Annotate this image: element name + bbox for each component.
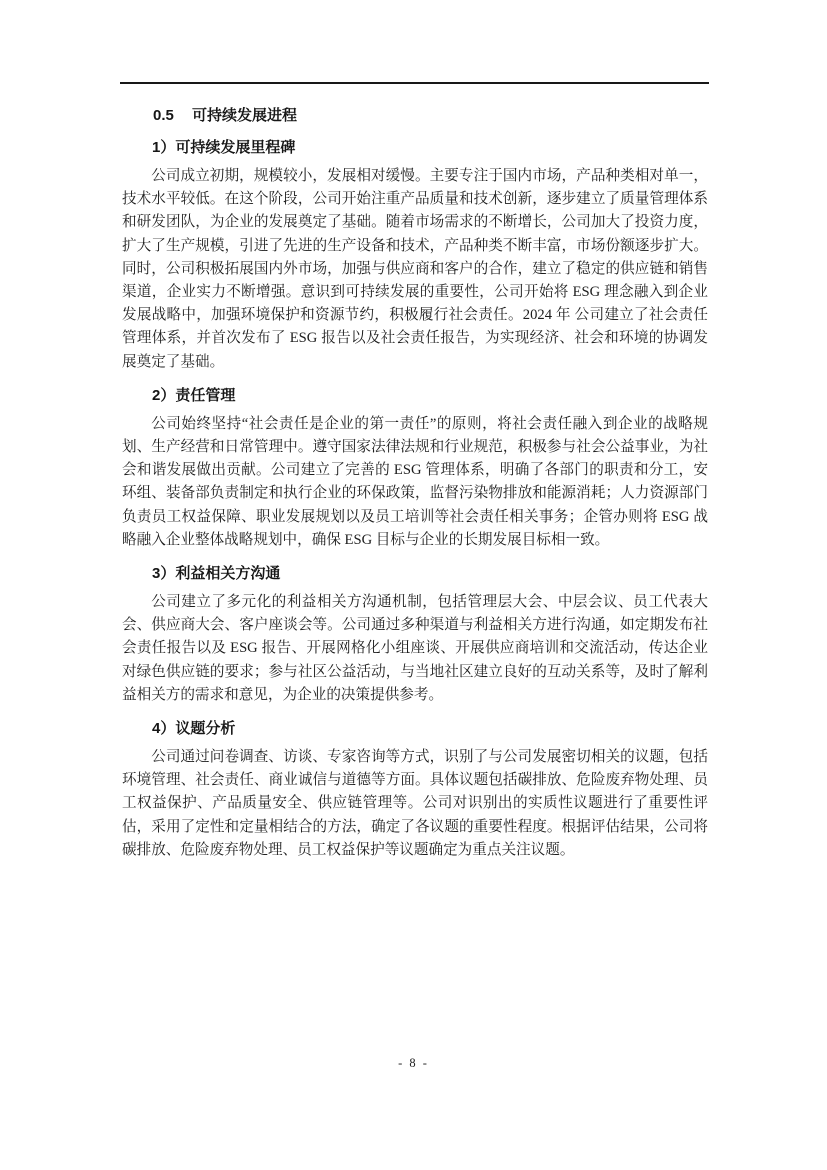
subsection-heading-topic-analysis: 4）议题分析 <box>152 719 708 739</box>
header-rule <box>120 82 709 84</box>
page-number: - 8 - <box>398 1056 429 1070</box>
section-number: 0.5 <box>153 107 174 124</box>
paragraph-topic-analysis: 公司通过问卷调查、访谈、专家咨询等方式，识别了与公司发展密切相关的议题，包括环境… <box>122 746 708 862</box>
paragraph-responsibility: 公司始终坚持“社会责任是企业的第一责任”的原则，将社会责任融入到企业的战略规划、… <box>122 413 708 552</box>
section-title: 可持续发展进程 <box>192 107 297 124</box>
section-heading: 0.5 可持续发展进程 <box>153 106 708 126</box>
paragraph-stakeholder-communication: 公司建立了多元化的利益相关方沟通机制，包括管理层大会、中层会议、员工代表大会、供… <box>122 591 708 707</box>
subsection-heading-milestones: 1）可持续发展里程碑 <box>152 138 708 158</box>
subsection-heading-stakeholder-communication: 3）利益相关方沟通 <box>152 564 708 584</box>
page-footer: - 8 - <box>0 1056 827 1071</box>
subsection-heading-responsibility: 2）责任管理 <box>152 386 708 406</box>
paragraph-milestones: 公司成立初期，规模较小，发展相对缓慢。主要专注于国内市场，产品种类相对单一，技术… <box>122 165 708 374</box>
subsection-milestones: 1）可持续发展里程碑 公司成立初期，规模较小，发展相对缓慢。主要专注于国内市场，… <box>122 138 708 374</box>
document-content: 0.5 可持续发展进程 1）可持续发展里程碑 公司成立初期，规模较小，发展相对缓… <box>122 96 708 862</box>
document-page: 0.5 可持续发展进程 1）可持续发展里程碑 公司成立初期，规模较小，发展相对缓… <box>0 0 827 1170</box>
subsection-topic-analysis: 4）议题分析 公司通过问卷调查、访谈、专家咨询等方式，识别了与公司发展密切相关的… <box>122 719 708 862</box>
subsection-stakeholder-communication: 3）利益相关方沟通 公司建立了多元化的利益相关方沟通机制，包括管理层大会、中层会… <box>122 564 708 707</box>
subsection-responsibility: 2）责任管理 公司始终坚持“社会责任是企业的第一责任”的原则，将社会责任融入到企… <box>122 386 708 552</box>
